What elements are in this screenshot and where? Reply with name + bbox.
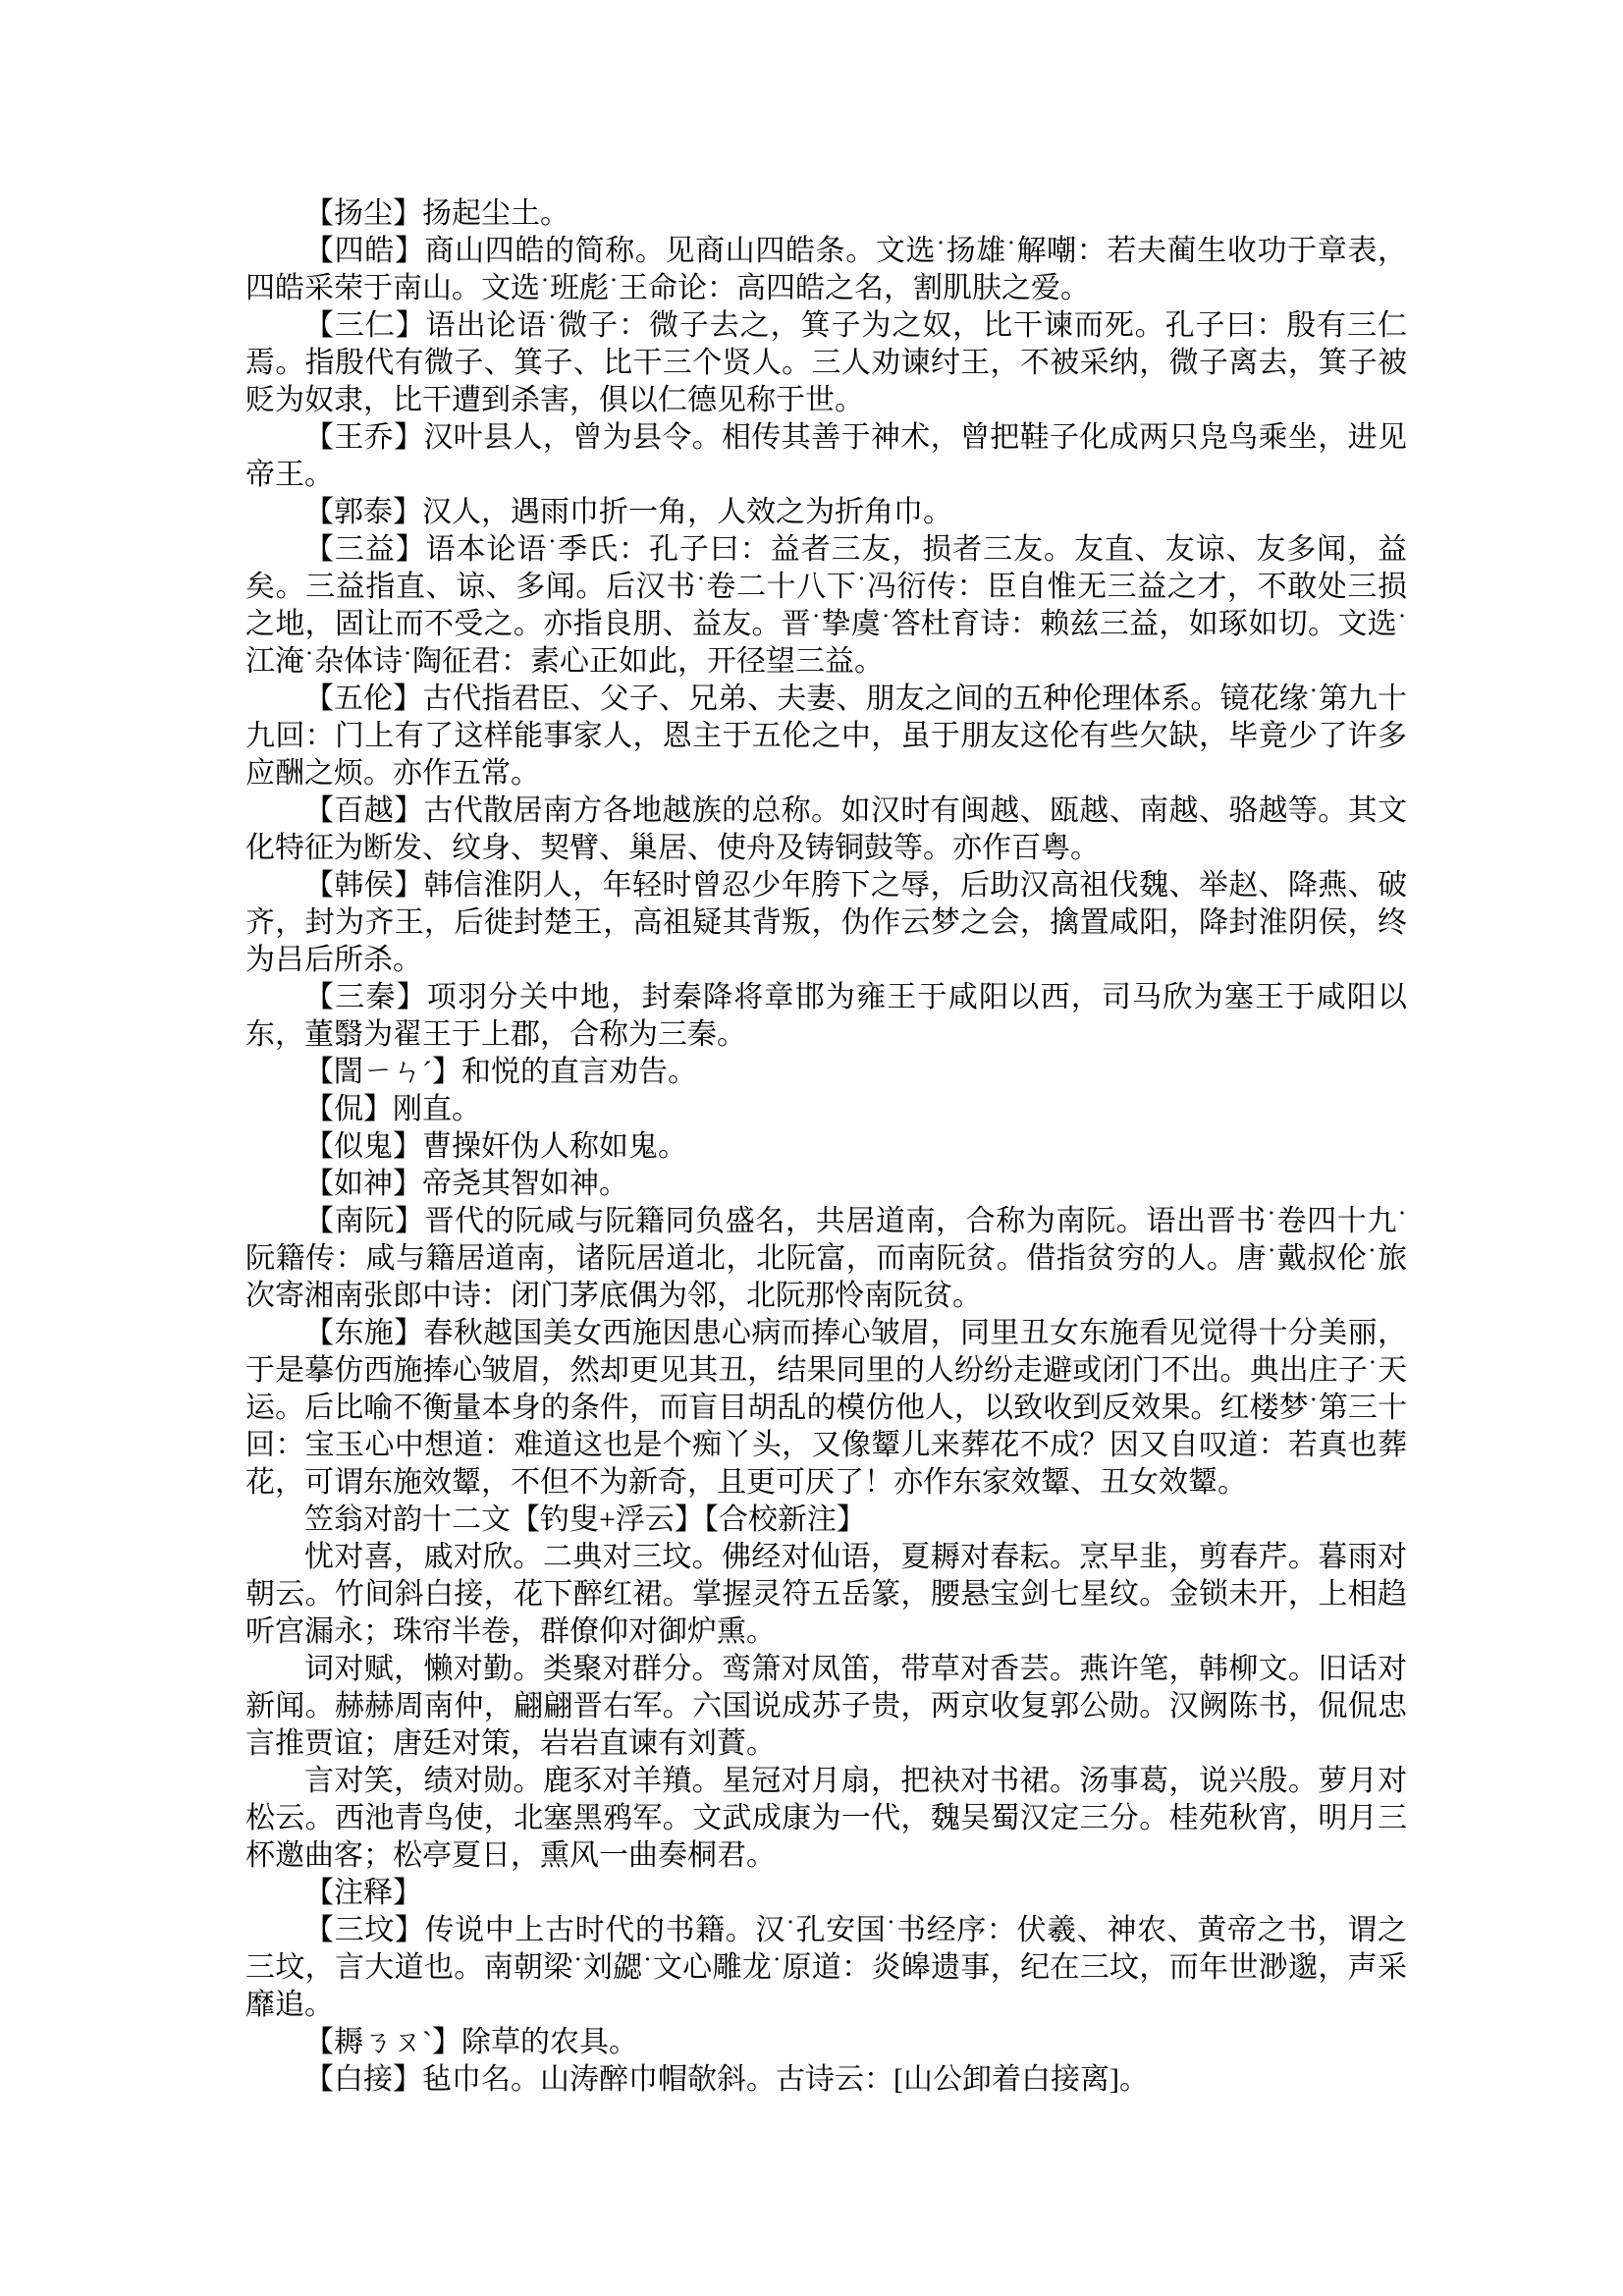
dict-entry-paragraph: 【扬尘】扬起尘土。 [245, 195, 1407, 233]
note-paragraph: 【耨ㄋㄡˋ】除草的农具。 [245, 2024, 1407, 2061]
dict-entry-paragraph: 【如神】帝尧其智如神。 [245, 1166, 1407, 1203]
dict-entry-paragraph: 【三秦】项羽分关中地，封秦降将章邯为雍王于咸阳以西，司马欣为塞王于咸阳以东，董翳… [245, 979, 1407, 1054]
rhyme-section-title: 笠翁对韵十二文【钓叟+浮云】【合校新注】 [245, 1502, 1407, 1539]
rhyme-stanza-paragraph: 忧对喜，戚对欣。二典对三坟。佛经对仙语，夏耨对春耘。烹早韭，剪春芹。暮雨对朝云。… [245, 1539, 1407, 1651]
dict-entry-paragraph: 【南阮】晋代的阮咸与阮籍同负盛名，共居道南，合称为南阮。语出晋书˙卷四十九˙阮籍… [245, 1203, 1407, 1315]
notes-section: 【三坟】传说中上古时代的书籍。汉˙孔安国˙书经序：伏羲、神农、黄帝之书，谓之三坟… [245, 1912, 1407, 2099]
dict-entry-paragraph: 【王乔】汉叶县人，曾为县令。相传其善于神术，曾把鞋子化成两只凫鸟乘坐，进见帝王。 [245, 419, 1407, 494]
dict-entry-paragraph: 【韩侯】韩信淮阴人，年轻时曾忍少年胯下之辱，后助汉高祖伐魏、举赵、降燕、破齐，封… [245, 867, 1407, 979]
dict-entry-paragraph: 【郭泰】汉人，遇雨巾折一角，人效之为折角巾。 [245, 494, 1407, 531]
document-page: 【扬尘】扬起尘土。【四皓】商山四皓的简称。见商山四皓条。文选˙扬雄˙解嘲：若夫蔺… [0, 0, 1623, 2296]
dict-entry-paragraph: 【三仁】语出论语˙微子：微子去之，箕子为之奴，比干谏而死。孔子曰：殷有三仁焉。指… [245, 307, 1407, 419]
dict-entry-paragraph: 【侃】刚直。 [245, 1091, 1407, 1128]
dictionary-entries-section: 【扬尘】扬起尘土。【四皓】商山四皓的简称。见商山四皓条。文选˙扬雄˙解嘲：若夫蔺… [245, 195, 1407, 1502]
document-content: 【扬尘】扬起尘土。【四皓】商山四皓的简称。见商山四皓条。文选˙扬雄˙解嘲：若夫蔺… [245, 195, 1407, 2099]
notes-header: 【注释】 [245, 1875, 1407, 1912]
dict-entry-paragraph: 【誾ㄧㄣˊ】和悦的直言劝告。 [245, 1054, 1407, 1091]
dict-entry-paragraph: 【五伦】古代指君臣、父子、兄弟、夫妻、朋友之间的五种伦理体系。镜花缘˙第九十九回… [245, 681, 1407, 793]
rhyme-stanzas-section: 忧对喜，戚对欣。二典对三坟。佛经对仙语，夏耨对春耘。烹早韭，剪春芹。暮雨对朝云。… [245, 1539, 1407, 1875]
dict-entry-paragraph: 【似鬼】曹操奸伪人称如鬼。 [245, 1128, 1407, 1166]
note-paragraph: 【白接】毡巾名。山涛醉巾帽欹斜。古诗云：[山公卸着白接离]。 [245, 2061, 1407, 2099]
note-paragraph: 【三坟】传说中上古时代的书籍。汉˙孔安国˙书经序：伏羲、神农、黄帝之书，谓之三坟… [245, 1912, 1407, 2024]
rhyme-stanza-paragraph: 词对赋，懒对勤。类聚对群分。鸾箫对凤笛，带草对香芸。燕许笔，韩柳文。旧话对新闻。… [245, 1651, 1407, 1763]
dict-entry-paragraph: 【三益】语本论语˙季氏：孔子曰：益者三友，损者三友。友直、友谅、友多闻，益矣。三… [245, 531, 1407, 681]
rhyme-stanza-paragraph: 言对笑，绩对勋。鹿豕对羊羵。星冠对月扇，把袂对书裙。汤事葛，说兴殷。萝月对松云。… [245, 1763, 1407, 1875]
dict-entry-paragraph: 【百越】古代散居南方各地越族的总称。如汉时有闽越、瓯越、南越、骆越等。其文化特征… [245, 793, 1407, 867]
dict-entry-paragraph: 【四皓】商山四皓的简称。见商山四皓条。文选˙扬雄˙解嘲：若夫蔺生收功于章表，四皓… [245, 233, 1407, 307]
dict-entry-paragraph: 【东施】春秋越国美女西施因患心病而捧心皱眉，同里丑女东施看见觉得十分美丽，于是摹… [245, 1315, 1407, 1502]
